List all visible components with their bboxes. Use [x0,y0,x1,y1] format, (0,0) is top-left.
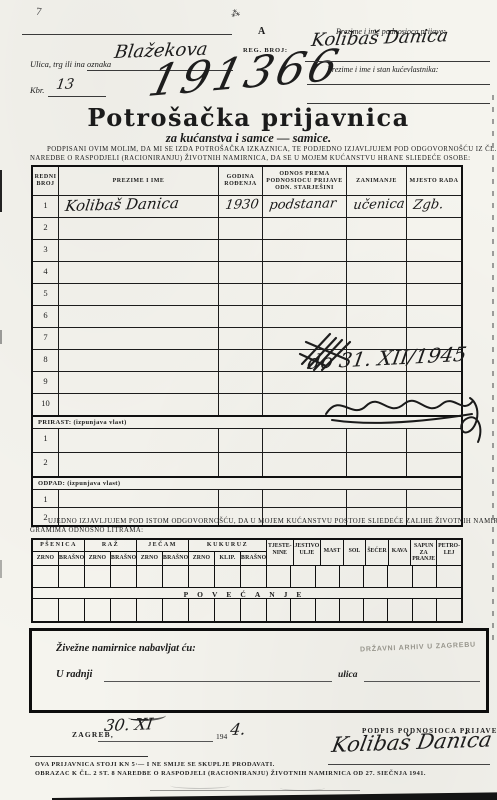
street-field-label: ulica [338,670,358,680]
cell-relation-handwritten: podstanar [268,194,337,216]
sub-brasno: BRAŠNO [59,551,85,565]
row-number: 1 [33,196,59,217]
household-table-header: REDNI BROJ PREZIME I IME GODINA ROĐENJA … [33,167,461,195]
row-number: 5 [33,284,59,305]
pencil-mark: 7 [35,6,42,19]
kbr-underline [48,96,106,97]
sub-zrno: ZRNO [137,551,163,565]
footer-price-note: OVA PRIJAVNICA STOJI KN 5·— I NE SMIJE S… [35,761,275,768]
col-jestivo-ulje: JESTIVO ULJE [294,540,322,565]
household-table-row: 4 [33,261,461,283]
cell-name-handwritten: Kolibaš Danica [64,193,180,216]
col-header-odnos: ODNOS PREMA PODNOSIOCU PRIJAVE ODN. STAR… [263,167,347,195]
year-printed: 194 [216,732,227,741]
shop-label: U radnji [56,669,92,680]
date-handwritten: 30. XI [103,714,154,735]
scan-edge-mark [0,170,2,212]
date-underline [98,741,213,742]
sub-brasno: BRAŠNO [111,551,137,565]
row-number: 1 [33,429,59,452]
street-field-underline [364,681,480,682]
row-number: 3 [33,240,59,261]
kbr-label: Kbr. [30,85,44,95]
col-header-zanimanje: ZANIMANJE [347,167,407,195]
form-title: Potrošačka prijavnica [0,103,497,132]
form-subtitle: za kućanstva i samce — samice. [0,131,497,146]
landlord-label: Prezime i ime i stan kućevlastnika: [327,65,438,74]
supplies-table-header: PŠENICA RAŽ JEČAM KUKURUZ ZRNO BRAŠNO ZR… [33,540,461,566]
row-number: 6 [33,306,59,327]
scan-line-artifact [150,790,360,791]
povecanje-band: POVEĆANJE [33,587,461,599]
date-overline [131,719,148,720]
row-number: 7 [33,328,59,349]
col-header-mjesto-rada: MJESTO RADA [407,167,461,195]
scanned-form-page: 7 ⁂ A REG. BROJ: Ulica, trg ili ina ozna… [0,0,497,800]
group-jecam: JEČAM [137,540,189,551]
scan-smudge [170,782,230,789]
group-kukuruz: KUKURUZ [189,540,267,551]
purchase-box: Živežne namirnice nabavljat ću: DRŽAVNI … [29,628,489,713]
row-number: 8 [33,350,59,371]
col-mast: MAST [321,540,344,565]
supplies-statement-line-1: UJEDNO IZJAVLJUJEM POD ISTOM ODGOVORNOŠĆ… [48,518,497,525]
signature-handwritten: Kolibaš Danica [330,727,494,757]
col-sol: SOL [344,540,367,565]
scan-edge-mark [0,330,2,344]
sub-zrno: ZRNO [189,551,215,565]
col-kava: KAVA [389,540,412,565]
odpad-section-label: ODPAD: (izpunjava vlast) [33,476,461,489]
signature-underline [328,764,490,765]
cell-year-handwritten: 1930 [224,195,260,216]
household-table-row: 1 Kolibaš Danica 1930 podstanar učenica … [33,195,461,217]
applicant-handwritten-value: Kolibaš Danica [310,25,450,51]
row-number: 10 [33,394,59,415]
section-marker-a: A [258,26,265,37]
sub-brasno: BRAŠNO [163,551,189,565]
scan-edge-perforation [492,95,494,640]
col-header-redni-broj: REDNI BROJ [33,167,59,195]
supplies-statement-line-2: GRAMIMA ODNOSNO LITRAMA: [30,527,144,534]
supplies-value-row-2 [33,599,461,621]
year-handwritten: 4. [229,719,247,739]
cell-occupation-handwritten: učenica [352,195,406,216]
landlord-line-1 [307,84,490,85]
purchase-intro: Živežne namirnice nabavljat ću: [56,643,196,654]
top-rule [22,34,232,35]
shop-underline [104,681,332,682]
household-table-row: 5 [33,283,461,305]
cell-workplace-handwritten: Zgb. [412,195,445,216]
archive-stamp: DRŽAVNI ARHIV U ZAGREBU [360,641,476,653]
row-number: 9 [33,372,59,393]
supplies-value-row-1 [33,566,461,587]
kbr-handwritten-value: 13 [55,76,75,93]
sub-zrno: ZRNO [33,551,59,565]
household-table-row: 3 [33,239,461,261]
col-header-godina: GODINA ROĐENJA [219,167,263,195]
row-number: 2 [33,218,59,239]
ink-smudge-icon: ⁂ [230,7,244,21]
group-psenica: PŠENICA [33,540,85,551]
household-table-body: 1 Kolibaš Danica 1930 podstanar učenica … [33,195,461,415]
col-sapun: SAPUN ZA PRANJE [411,540,437,565]
household-table-row: 6 [33,305,461,327]
declaration-line-2: NAREDBE O RASPODJELI (RACIONIRANJU) ŽIVO… [30,155,470,162]
row-number: 1 [33,490,59,507]
household-table-row: 2 [33,217,461,239]
col-tjestenine: TJESTE- NINE [267,540,294,565]
prirast-row: 2 [33,452,461,476]
footer-regulation-note: OBRAZAC K ČL. 2 ST. 8 NAREDBE O RASPODJE… [35,770,426,777]
group-raz: RAŽ [85,540,137,551]
sub-zrno: ZRNO [85,551,111,565]
row-number: 2 [33,453,59,476]
col-petrolej: PETRO- LEJ [437,540,461,565]
scan-bottom-shadow [52,792,497,800]
declaration-line-1: PODPISANI OVIM MOLIM, DA MI SE IZDA POTR… [47,146,497,153]
row-number: 4 [33,262,59,283]
sub-brasno: BRAŠNO [241,551,267,565]
supplies-table: PŠENICA RAŽ JEČAM KUKURUZ ZRNO BRAŠNO ZR… [31,538,463,623]
col-header-prezime-ime: PREZIME I IME [59,167,219,195]
street-label: Ulica, trg ili ina oznaka [30,59,111,69]
sub-klip: KLIP. [215,551,241,565]
applicant-underline [305,61,490,62]
odpad-row: 1 [33,489,461,507]
scan-edge-mark [0,560,2,578]
footer-rule [30,756,148,757]
signature-scribble-icon [322,388,492,446]
col-secer: ŠEĆER [366,540,389,565]
